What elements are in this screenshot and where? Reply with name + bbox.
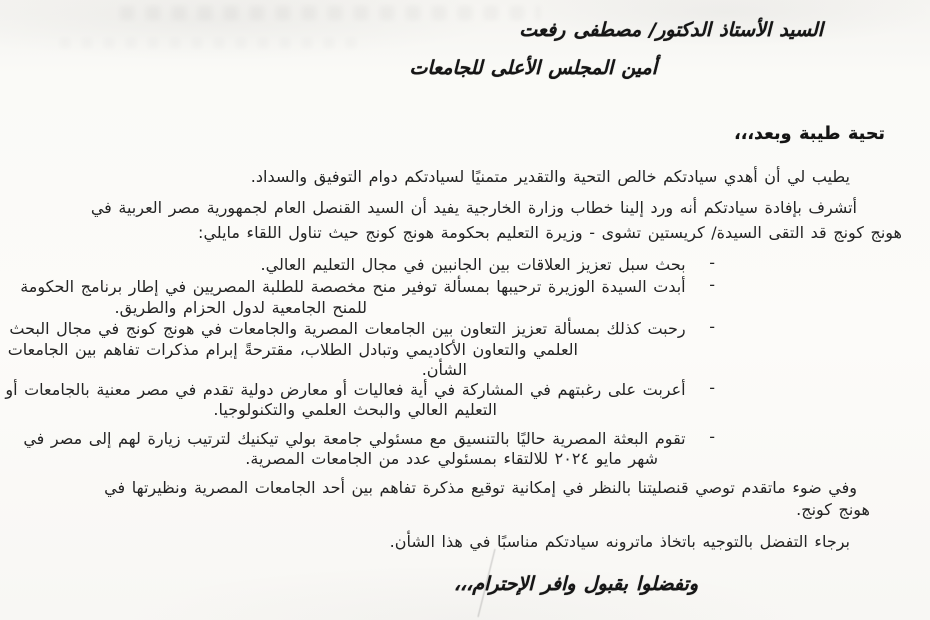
request-paragraph: برجاء التفضل بالتوجيه باتخاذ ماترونه سيا… — [390, 532, 850, 552]
bullet-text-continuation: العلمي والتعاون الأكاديمي وتبادل الطلاب،… — [0, 340, 578, 360]
bullet-dash: - — [709, 378, 715, 398]
bullet-item: - أعربت على رغبتهم في المشاركة في أية فع… — [5, 380, 715, 400]
bullet-text-continuation: شهر مايو ٢٠٢٤ للالتقاء بمسئولي عدد من ال… — [245, 449, 658, 469]
bullet-text: بحث سبل تعزيز العلاقات بين الجانبين في م… — [261, 255, 686, 274]
bullet-dash: - — [709, 317, 715, 337]
scanned-letter-page: السيد الأستاذ الدكتور/ مصطفى رفعت أمين ا… — [0, 0, 930, 620]
closing-salutation: وتفضلوا بقبول وافر الإحترام،،، — [454, 574, 698, 594]
recommendation-line-2: هونج كونج. — [796, 500, 870, 520]
scan-noise-artifact — [60, 38, 360, 48]
scan-noise-artifact — [120, 6, 540, 20]
bullet-text: أبدت السيدة الوزيرة ترحيبها بمسألة توفير… — [20, 277, 685, 296]
bullet-dash: - — [709, 275, 715, 295]
bullet-text-continuation: التعليم العالي والبحث العلمي والتكنولوجي… — [213, 400, 497, 420]
bullet-item: - رحبت كذلك بمسألة تعزيز التعاون بين الج… — [9, 319, 715, 339]
bullet-dash: - — [709, 427, 715, 447]
bullet-item: - بحث سبل تعزيز العلاقات بين الجانبين في… — [261, 255, 715, 275]
salutation: تحية طيبة وبعد،،، — [734, 124, 885, 144]
bullet-item: - تقوم البعثة المصرية حاليًا بالتنسيق مع… — [23, 429, 715, 449]
recipient-name: السيد الأستاذ الدكتور/ مصطفى رفعت — [519, 20, 823, 40]
bullet-text: تقوم البعثة المصرية حاليًا بالتنسيق مع م… — [23, 429, 685, 448]
bullet-text-continuation: للمنح الجامعية لدول الحزام والطريق. — [115, 298, 367, 318]
bullet-text: رحبت كذلك بمسألة تعزيز التعاون بين الجام… — [9, 319, 685, 338]
bullet-item: - أبدت السيدة الوزيرة ترحيبها بمسألة توف… — [20, 277, 715, 297]
recipient-title: أمين المجلس الأعلى للجامعات — [409, 58, 657, 78]
body-paragraph-line-1: أتشرف بإفادة سيادتكم أنه ورد إلينا خطاب … — [91, 198, 857, 218]
intro-paragraph: يطيب لي أن أهدي سيادتكم خالص التحية والت… — [251, 167, 850, 187]
bullet-text-continuation: الشأن. — [422, 360, 467, 380]
body-paragraph-line-2: هونج كونج قد التقى السيدة/ كريستين تشوى … — [198, 223, 902, 243]
recommendation-line-1: وفي ضوء ماتقدم توصي قنصليتنا بالنظر في إ… — [104, 478, 857, 498]
bullet-text: أعربت على رغبتهم في المشاركة في أية فعال… — [5, 380, 685, 399]
bullet-dash: - — [709, 253, 715, 273]
